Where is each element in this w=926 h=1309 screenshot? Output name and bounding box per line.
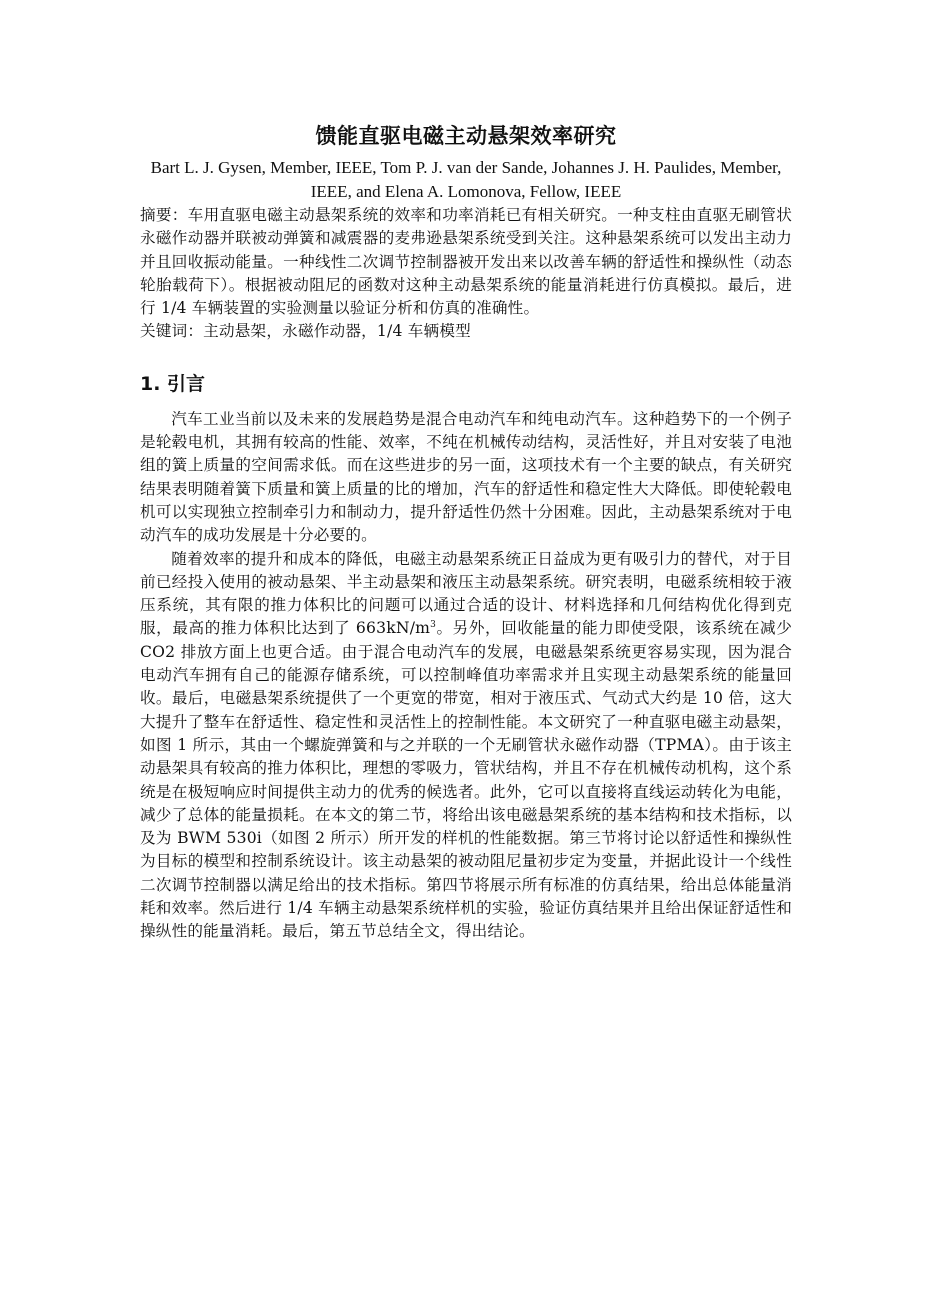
paper-title: 馈能直驱电磁主动悬架效率研究 (140, 118, 792, 154)
section-heading-introduction: 1. 引言 (140, 370, 792, 398)
paper-page: 馈能直驱电磁主动悬架效率研究 Bart L. J. Gysen, Member,… (140, 118, 792, 944)
author-list: Bart L. J. Gysen, Member, IEEE, Tom P. J… (140, 156, 792, 204)
intro-paragraph-2: 随着效率的提升和成本的降低，电磁主动悬架系统正日益成为更有吸引力的替代，对于目前… (140, 548, 792, 944)
keywords: 关键词：主动悬架，永磁作动器，1/4 车辆模型 (140, 320, 792, 343)
intro-paragraph-1: 汽车工业当前以及未来的发展趋势是混合电动汽车和纯电动汽车。这种趋势下的一个例子是… (140, 408, 792, 548)
abstract: 摘要：车用直驱电磁主动悬架系统的效率和功率消耗已有相关研究。一种支柱由直驱无刷管… (140, 204, 792, 320)
intro-paragraph-2-continued: 另外，回收能量的能力即使受限，该系统在减少 CO2 排放方面上也更合适。由于混合… (140, 619, 792, 940)
sentence-end-mark: 。 (436, 619, 453, 637)
